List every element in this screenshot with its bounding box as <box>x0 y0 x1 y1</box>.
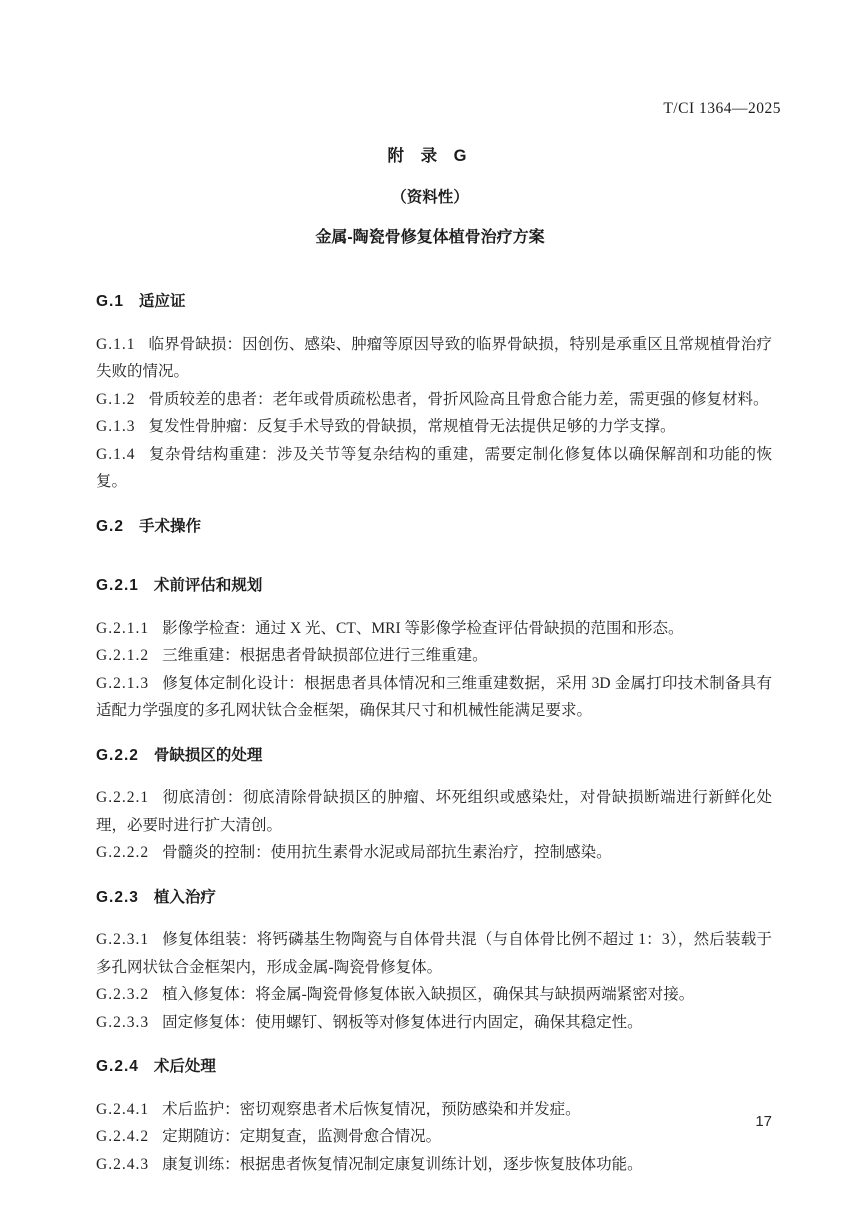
section-number: G.2.2 <box>96 747 139 764</box>
clause-number: G.2.1.1 <box>96 620 149 637</box>
clause-paragraph: G.2.3.1修复体组装：将钙磷基生物陶瓷与自体骨共混（与自体骨比例不超过 1：… <box>96 926 772 981</box>
clause-number: G.1.1 <box>96 336 135 353</box>
clause-text: 修复体定制化设计：根据患者具体情况和三维重建数据，采用 3D 金属打印技术制备具… <box>96 675 772 720</box>
appendix-label: 附 录 G <box>0 142 860 166</box>
section-heading: G.2.4术后处理 <box>96 1036 772 1096</box>
clause-number: G.2.3.3 <box>96 1014 149 1031</box>
section-number: G.2.3 <box>96 889 139 906</box>
clause-number: G.1.4 <box>96 446 135 463</box>
clause-text: 骨质较差的患者：老年或骨质疏松患者，骨折风险高且骨愈合能力差，需更强的修复材料。 <box>148 391 768 408</box>
clause-number: G.1.3 <box>96 418 135 435</box>
section-heading: G.2.2骨缺损区的处理 <box>96 725 772 785</box>
clause-paragraph: G.2.1.1影像学检查：通过 X 光、CT、MRI 等影像学检查评估骨缺损的范… <box>96 615 772 643</box>
section-number: G.2.4 <box>96 1058 139 1075</box>
section-title: 术后处理 <box>154 1058 216 1075</box>
clause-paragraph: G.2.1.3修复体定制化设计：根据患者具体情况和三维重建数据，采用 3D 金属… <box>96 670 772 725</box>
section-title: 适应证 <box>139 293 186 310</box>
clause-number: G.2.1.3 <box>96 675 149 692</box>
clause-paragraph: G.2.2.1彻底清创：彻底清除骨缺损区的肿瘤、坏死组织或感染灶，对骨缺损断端进… <box>96 784 772 839</box>
clause-paragraph: G.2.2.2骨髓炎的控制：使用抗生素骨水泥或局部抗生素治疗，控制感染。 <box>96 839 772 867</box>
clause-paragraph: G.2.3.3固定修复体：使用螺钉、钢板等对修复体进行内固定，确保其稳定性。 <box>96 1009 772 1037</box>
clause-text: 术后监护：密切观察患者术后恢复情况，预防感染和并发症。 <box>162 1101 581 1118</box>
clause-number: G.2.2.2 <box>96 844 149 861</box>
title-block: 附 录 G （资料性） 金属-陶瓷骨修复体植骨治疗方案 <box>0 0 860 247</box>
document-code: T/CI 1364—2025 <box>663 100 781 118</box>
document-body: G.1适应证 G.1.1临界骨缺损：因创伤、感染、肿瘤等原因导致的临界骨缺损，特… <box>96 271 772 1178</box>
section-heading: G.1适应证 <box>96 271 772 331</box>
clause-text: 三维重建：根据患者骨缺损部位进行三维重建。 <box>162 647 488 664</box>
appendix-title: 金属-陶瓷骨修复体植骨治疗方案 <box>0 224 860 247</box>
clause-text: 影像学检查：通过 X 光、CT、MRI 等影像学检查评估骨缺损的范围和形态。 <box>162 620 683 637</box>
section-title: 术前评估和规划 <box>154 577 263 594</box>
clause-paragraph: G.1.1临界骨缺损：因创伤、感染、肿瘤等原因导致的临界骨缺损，特别是承重区且常… <box>96 331 772 386</box>
clause-number: G.2.1.2 <box>96 647 149 664</box>
section-number: G.2 <box>96 518 124 535</box>
section-number: G.1 <box>96 293 124 310</box>
appendix-normative-type: （资料性） <box>0 185 860 207</box>
clause-number: G.2.4.2 <box>96 1128 149 1145</box>
clause-text: 固定修复体：使用螺钉、钢板等对修复体进行内固定，确保其稳定性。 <box>162 1014 643 1031</box>
section-title: 植入治疗 <box>154 889 216 906</box>
clause-text: 定期随访：定期复查，监测骨愈合情况。 <box>162 1128 441 1145</box>
clause-number: G.2.2.1 <box>96 789 149 806</box>
clause-text: 康复训练：根据患者恢复情况制定康复训练计划，逐步恢复肢体功能。 <box>162 1156 643 1173</box>
clause-paragraph: G.1.2骨质较差的患者：老年或骨质疏松患者，骨折风险高且骨愈合能力差，需更强的… <box>96 386 772 414</box>
clause-text: 植入修复体：将金属-陶瓷骨修复体嵌入缺损区，确保其与缺损两端紧密对接。 <box>162 986 694 1003</box>
section-heading: G.2手术操作 <box>96 496 772 556</box>
clause-paragraph: G.2.4.1术后监护：密切观察患者术后恢复情况，预防感染和并发症。 <box>96 1096 772 1124</box>
clause-text: 复发性骨肿瘤：反复手术导致的骨缺损，常规植骨无法提供足够的力学支撑。 <box>148 418 675 435</box>
clause-number: G.2.4.1 <box>96 1101 149 1118</box>
clause-number: G.2.3.2 <box>96 986 149 1003</box>
section-heading: G.2.3植入治疗 <box>96 867 772 927</box>
clause-text: 临界骨缺损：因创伤、感染、肿瘤等原因导致的临界骨缺损，特别是承重区且常规植骨治疗… <box>96 336 772 381</box>
clause-text: 修复体组装：将钙磷基生物陶瓷与自体骨共混（与自体骨比例不超过 1：3），然后装载… <box>96 931 772 976</box>
clause-number: G.1.2 <box>96 391 135 408</box>
section-number: G.2.1 <box>96 577 139 594</box>
clause-paragraph: G.1.3复发性骨肿瘤：反复手术导致的骨缺损，常规植骨无法提供足够的力学支撑。 <box>96 413 772 441</box>
section-title: 骨缺损区的处理 <box>154 747 263 764</box>
section-heading: G.2.1术前评估和规划 <box>96 555 772 615</box>
clause-number: G.2.4.3 <box>96 1156 149 1173</box>
clause-paragraph: G.2.4.2定期随访：定期复查，监测骨愈合情况。 <box>96 1123 772 1151</box>
clause-text: 复杂骨结构重建：涉及关节等复杂结构的重建，需要定制化修复体以确保解剖和功能的恢复… <box>96 446 772 491</box>
clause-paragraph: G.2.1.2三维重建：根据患者骨缺损部位进行三维重建。 <box>96 642 772 670</box>
page-number: 17 <box>755 1113 772 1130</box>
clause-paragraph: G.2.3.2植入修复体：将金属-陶瓷骨修复体嵌入缺损区，确保其与缺损两端紧密对… <box>96 981 772 1009</box>
clause-paragraph: G.1.4复杂骨结构重建：涉及关节等复杂结构的重建，需要定制化修复体以确保解剖和… <box>96 441 772 496</box>
section-title: 手术操作 <box>139 518 201 535</box>
clause-number: G.2.3.1 <box>96 931 149 948</box>
clause-text: 骨髓炎的控制：使用抗生素骨水泥或局部抗生素治疗，控制感染。 <box>162 844 612 861</box>
document-page: T/CI 1364—2025 附 录 G （资料性） 金属-陶瓷骨修复体植骨治疗… <box>0 0 860 1216</box>
clause-text: 彻底清创：彻底清除骨缺损区的肿瘤、坏死组织或感染灶，对骨缺损断端进行新鲜化处理，… <box>96 789 772 834</box>
clause-paragraph: G.2.4.3康复训练：根据患者恢复情况制定康复训练计划，逐步恢复肢体功能。 <box>96 1151 772 1179</box>
